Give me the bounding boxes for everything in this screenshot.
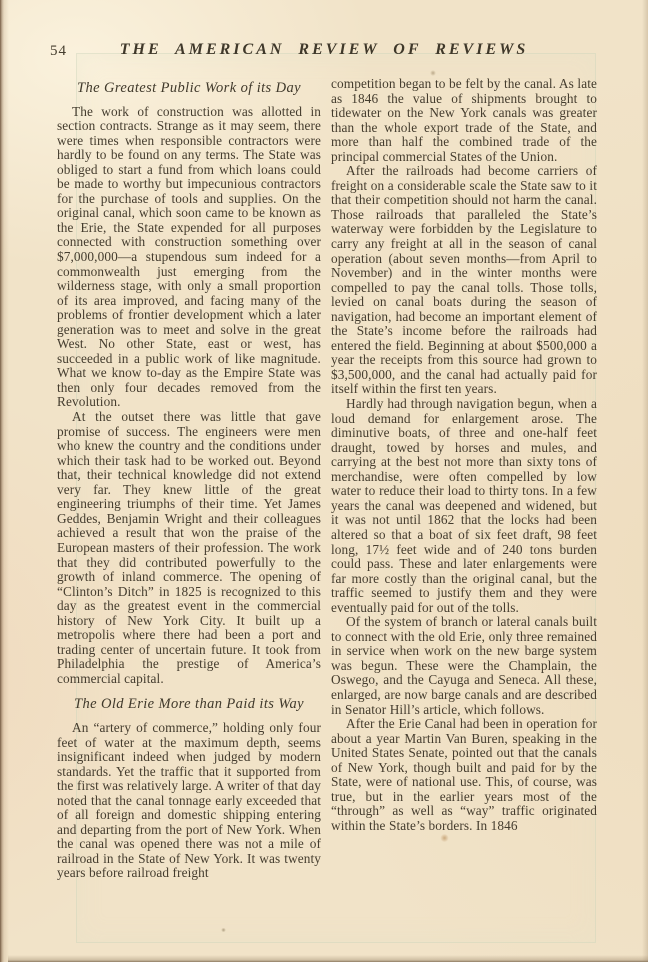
paragraph: The work of construction was allotted in… <box>57 105 321 410</box>
scan-edge-bottom <box>8 955 648 962</box>
paragraph: Hardly had through navigation begun, whe… <box>331 397 597 615</box>
running-header: THE AMERICAN REVIEW OF REVIEWS <box>0 41 648 59</box>
paragraph: Of the system of branch or lateral canal… <box>331 615 597 717</box>
section-heading: The Old Erie More than Paid its Way <box>57 697 321 712</box>
paragraph: After the railroads had become carriers … <box>331 164 597 397</box>
text-column-right: competition began to be felt by the cana… <box>331 77 597 833</box>
paper-stain <box>221 928 226 932</box>
paper-stain <box>440 834 449 842</box>
scan-edge-left <box>0 0 10 962</box>
scan-edge-right <box>642 0 648 962</box>
text-column-left: The Greatest Public Work of its DayThe w… <box>57 78 321 881</box>
paragraph: At the outset there was little that gave… <box>57 410 321 686</box>
paragraph: competition began to be felt by the cana… <box>331 77 597 164</box>
paragraph: After the Erie Canal had been in operati… <box>331 717 597 833</box>
scanned-page: 54 THE AMERICAN REVIEW OF REVIEWS The Gr… <box>0 0 648 962</box>
paragraph: An “artery of commerce,” holding only fo… <box>57 721 321 881</box>
section-heading: The Greatest Public Work of its Day <box>57 81 321 96</box>
